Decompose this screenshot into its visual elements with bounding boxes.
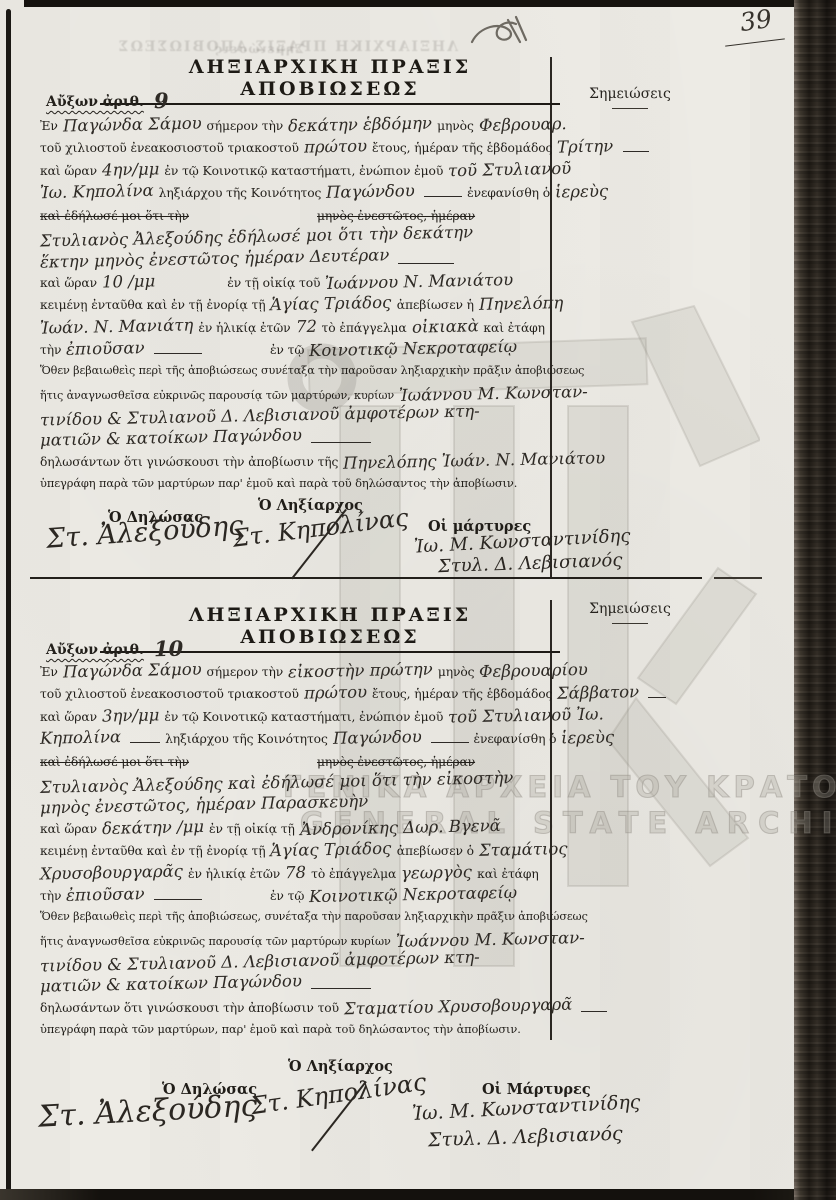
form-line: ἥτις ἀναγνωσθεῖσα εὐκρινῶς παρουσίᾳ τῶν …	[40, 929, 570, 951]
handwritten-text: Κοινοτικῷ Νεκροταφείῳ	[309, 882, 518, 909]
bleed-through-notes: Σημειώσεις	[214, 42, 304, 56]
ink-tail-stroke	[424, 187, 462, 197]
printed-text: τοῦ χιλιοστοῦ ἐνεακοσιοστοῦ τριακοστοῦ	[40, 141, 299, 155]
handwritten-text: Σταμάτιος	[479, 838, 568, 862]
handwritten-text: Κηπολίνα	[40, 726, 122, 750]
printed-text: τὴν	[40, 889, 61, 903]
form-line: μηνὸς ἐνεστῶτος, ἡμέραν Παρασκευὴν	[40, 794, 570, 816]
handwritten-text: Παγώνδα Σάμου	[63, 113, 202, 138]
handwritten-text: πρώτου	[304, 136, 368, 160]
printed-text: ἐνεφανίσθη ὁ	[467, 186, 550, 200]
printed-text: καὶ ὥραν	[40, 276, 97, 290]
handwritten-text: Παγώνδου	[326, 180, 415, 204]
printed-text: ἀπεβίωσεν ὁ	[397, 844, 474, 858]
form-line: Ὅθεν βεβαιωθεὶς περὶ τῆς ἀποβιώσεως συνέ…	[40, 360, 570, 382]
notes-column-header-2: Σημειώσεις	[570, 601, 690, 617]
act-body-1: ἘνΠαγώνδα Σάμουσήμερον τὴνδεκάτην ἑβδόμη…	[40, 114, 570, 495]
printed-text: ὑπεγράφη παρὰ τῶν μαρτύρων παρ' ἐμοῦ καὶ…	[40, 476, 517, 490]
ink-tail-stroke	[623, 142, 649, 152]
form-line: ἕκτην μηνὸς ἐνεστῶτος ἡμέραν Δευτέραν	[40, 248, 570, 270]
printed-text: καὶ ὥραν	[40, 164, 97, 178]
ink-tail-stroke	[581, 1002, 607, 1012]
form-line: ἥτις ἀναγνωσθεῖσα εὐκρινῶς παρουσίᾳ τῶν …	[40, 383, 570, 405]
printed-text: δηλωσάντων ὅτι γινώσκουσι τὴν ἀποβίωσιν …	[40, 455, 338, 469]
handwritten-text: Ἰω. Κηπολίνα	[40, 180, 154, 205]
form-line: Χρυσοβουργαρᾶςἐν ἡλικίᾳ ἐτῶν78τὸ ἐπάγγελ…	[40, 862, 570, 884]
handwritten-text: Φεβρουαρίου	[479, 659, 588, 684]
handwritten-text: Ἰωάννου Ν. Μανιάτου	[325, 269, 514, 295]
ink-tail-stroke	[154, 890, 202, 900]
printed-text: κειμένῃ ἐνταῦθα καὶ ἐν τῇ ἐνορίᾳ τῇ	[40, 298, 265, 312]
witness-signature-2a: Ἰω. Μ. Κωνσταντινίδης	[412, 1091, 641, 1125]
ink-tail-stroke	[398, 254, 454, 264]
book-binding-texture	[794, 0, 836, 1200]
form-line: καὶ ὥραν10 /μμἐν τῇ οἰκίᾳ τοῦἸωάννου Ν. …	[40, 271, 570, 293]
printed-text: κειμένῃ ἐνταῦθα καὶ ἐν τῇ ἐνορίᾳ τῇ	[40, 844, 265, 858]
form-line: τοῦ χιλιοστοῦ ἐνεακοσιοστοῦ τριακοστοῦπρ…	[40, 682, 570, 704]
printed-text: ὑπεγράφη παρὰ τῶν μαρτύρων, παρ' ἐμοῦ κα…	[40, 1022, 521, 1036]
form-line: Ὅθεν βεβαιωθεὶς περὶ τῆς ἀποβιώσεως, συν…	[40, 906, 570, 928]
form-line: Κηπολίναληξιάρχου τῆς ΚοινότητοςΠαγώνδου…	[40, 727, 570, 749]
registrar-signature-2: Στ. Κηπολίνας	[249, 1068, 428, 1120]
serial-number-1: 9	[154, 88, 169, 113]
printed-text: ἐν ἡλικίᾳ ἐτῶν	[188, 867, 280, 881]
handwritten-text: Κοινοτικῷ Νεκροταφείῳ	[309, 336, 518, 363]
form-line: ὑπεγράφη παρὰ τῶν μαρτύρων παρ' ἐμοῦ καὶ…	[40, 472, 570, 494]
notes-column-header-1: Σημειώσεις	[570, 86, 690, 102]
printed-text: ἐν τῷ Κοινοτικῷ καταστήματι, ἐνώπιον ἐμο…	[164, 164, 443, 178]
handwritten-text: γεωργὸς	[401, 861, 472, 885]
serial-label-1: Αὔξων ἀριθ.	[46, 94, 144, 110]
handwritten-text: ματιῶν & κατοίκων Παγώνδου	[40, 425, 302, 453]
scan-edge-bottom	[0, 1189, 836, 1200]
printed-text: τὴν	[40, 343, 61, 357]
printed-text: Ὅθεν βεβαιωθεὶς περὶ τῆς ἀποβιώσεως συνέ…	[40, 364, 584, 377]
handwritten-text: Χρυσοβουργαρᾶς	[40, 860, 183, 885]
printed-text: τοῦ χιλιοστοῦ ἐνεακοσιοστοῦ τριακοστοῦ	[40, 687, 299, 701]
printed-text-struck: μηνὸς ἐνεστῶτος, ἡμέραν	[317, 209, 475, 223]
serial-number-row-2: Αὔξων ἀριθ.10	[46, 636, 183, 661]
ink-tail-stroke	[431, 733, 469, 743]
notes-underline-1	[612, 108, 648, 109]
printed-text-struck: καὶ ἐδήλωσέ μοι ὅτι τὴν	[40, 209, 189, 223]
printed-text: ληξιάρχου τῆς Κοινότητος	[159, 186, 322, 200]
ink-tail-stroke	[311, 433, 371, 443]
handwritten-text: 72	[295, 315, 316, 338]
ink-tail-stroke	[648, 688, 666, 698]
handwritten-text: Σταματίου Χρυσοβουργαρᾶ	[344, 993, 573, 1020]
printed-text: ἐν ἡλικίᾳ ἐτῶν	[198, 321, 290, 335]
printed-text: ἐν τῇ οἰκίᾳ τῇ	[209, 822, 295, 836]
handwritten-text: εἰκοστὴν πρώτην	[288, 658, 433, 683]
act-body-2: ἘνΠαγώνδα Σάμουσήμερον τὴνεἰκοστὴν πρώτη…	[40, 660, 570, 1041]
printed-text: ἀπεβίωσεν ἡ	[397, 298, 474, 312]
printed-text: Ἐν	[40, 665, 58, 679]
scan-edge-left	[6, 9, 11, 1192]
form-line: δηλωσάντων ὅτι γινώσκουσι τὴν ἀποβίωσιν …	[40, 996, 570, 1018]
handwritten-text: Πηνελόπη	[479, 292, 564, 316]
section-divider-dash	[714, 577, 762, 579]
form-line: καὶ ὥραν4ην/μμἐν τῷ Κοινοτικῷ καταστήματ…	[40, 159, 570, 181]
form-line: καὶ ὥρανδεκάτην /μμἐν τῇ οἰκίᾳ τῇἈνδρονί…	[40, 817, 570, 839]
printed-text: καὶ ὥραν	[40, 822, 97, 836]
handwritten-text: 4ην/μμ	[102, 158, 160, 182]
form-line: καὶ ἐδήλωσέ μοι ὅτι τὴνμηνὸς ἐνεστῶτος, …	[40, 204, 570, 226]
notes-underline-2	[612, 623, 648, 624]
form-line: τινίδου & Στυλιανοῦ Δ. Λεβισιανοῦ ἀμφοτέ…	[40, 951, 570, 973]
act-title-1: ΛΗΞΙΑΡΧΙΚΗ ΠΡΑΞΙΣ ΑΠΟΒΙΩΣΕΩΣ	[100, 56, 560, 105]
serial-label-2: Αὔξων ἀριθ.	[46, 642, 144, 658]
form-line: κειμένῃ ἐνταῦθα καὶ ἐν τῇ ἐνορίᾳ τῇἉγίας…	[40, 293, 570, 315]
handwritten-text: Σάββατον	[557, 682, 640, 706]
form-line: Στυλιανὸς Ἀλεξούδης ἐδήλωσέ μοι ὅτι τὴν …	[40, 226, 570, 248]
handwritten-text: Πηνελόπης Ἰωάν. Ν. Μανιάτου	[343, 447, 606, 475]
serial-number-row-1: Αὔξων ἀριθ.9	[46, 88, 168, 113]
handwritten-text: ἱερεὺς	[561, 727, 615, 751]
printed-text: μηνὸς	[438, 665, 475, 679]
page-number-underline	[725, 38, 785, 46]
handwritten-text: ἐπιοῦσαν	[66, 883, 145, 907]
handwritten-text: Ἰωάν. Ν. Μανιάτη	[40, 314, 194, 340]
handwritten-text: Τρίτην	[557, 136, 614, 160]
form-line: ματιῶν & κατοίκων Παγώνδου	[40, 427, 570, 449]
handwritten-text: ἱερεὺς	[555, 181, 609, 205]
registrar-label-2: Ὁ Ληξίαρχος	[288, 1058, 393, 1075]
declarant-signature-1: Στ. Ἀλεξούδης	[45, 510, 244, 555]
printed-text: ἔτους, ἡμέραν τῆς ἑβδομάδος	[372, 687, 552, 701]
printed-text: ἐν τῷ	[270, 889, 304, 903]
handwritten-text: οἰκιακὰ	[411, 315, 478, 339]
handwritten-text: 78	[285, 861, 306, 884]
printed-text: δηλωσάντων ὅτι γινώσκουσι τὴν ἀποβίωσιν …	[40, 1001, 339, 1015]
form-line: τινίδου & Στυλιανοῦ Δ. Λεβισιανοῦ ἀμφοτέ…	[40, 405, 570, 427]
handwritten-text: δεκάτην /μμ	[102, 816, 204, 841]
ink-tail-stroke	[130, 733, 160, 743]
form-line: ὑπεγράφη παρὰ τῶν μαρτύρων, παρ' ἐμοῦ κα…	[40, 1018, 570, 1040]
serial-number-2: 10	[154, 636, 184, 662]
printed-text: καὶ ἐτάφη	[483, 321, 545, 335]
printed-text: μηνὸς	[437, 119, 474, 133]
handwritten-text: τοῦ Στυλιανοῦ	[448, 157, 572, 182]
printed-text: ἐν τῇ οἰκίᾳ τοῦ	[227, 276, 320, 290]
printed-text: ἥτις ἀναγνωσθεῖσα εὐκρινῶς παρουσίᾳ τῶν …	[40, 935, 391, 948]
ink-tail-stroke	[154, 344, 202, 354]
act-title-text-1: ΛΗΞΙΑΡΧΙΚΗ ΠΡΑΞΙΣ ΑΠΟΒΙΩΣΕΩΣ	[100, 56, 560, 105]
printed-text: ἐνεφανίσθη ὁ	[474, 732, 557, 746]
printed-text: καὶ ὥραν	[40, 710, 97, 724]
printed-text: τὸ ἐπάγγελμα	[311, 867, 396, 881]
printed-text: ἐν τῷ	[270, 343, 304, 357]
printed-text: σήμερον τὴν	[206, 665, 283, 679]
printed-text: Ἐν	[40, 119, 58, 133]
printed-text: ληξιάρχου τῆς Κοινότητος	[165, 732, 328, 746]
handwritten-text: ματιῶν & κατοίκων Παγώνδου	[40, 971, 302, 999]
handwritten-text: Ἁγίας Τριάδος	[270, 292, 392, 317]
handwritten-text: Παγώνδου	[333, 726, 422, 750]
printed-text: ἔτους, ἡμέραν τῆς ἑβδομάδος	[372, 141, 552, 155]
section-divider-line	[30, 577, 702, 579]
form-line: καὶ ὥραν3ην/μμἐν τῷ Κοινοτικῷ καταστήματ…	[40, 705, 570, 727]
handwritten-text: Ἀνδρονίκης Δωρ. Βγενᾶ	[300, 815, 501, 842]
form-line: Ἰω. Κηπολίναληξιάρχου τῆς ΚοινότητοςΠαγώ…	[40, 181, 570, 203]
printed-text: ἥτις ἀναγνωσθεῖσα εὐκρινῶς παρουσίᾳ τῶν …	[40, 389, 394, 402]
form-line: ματιῶν & κατοίκων Παγώνδου	[40, 973, 570, 995]
printed-text: τὸ ἐπάγγελμα	[322, 321, 407, 335]
printed-text: Ὅθεν βεβαιωθεὶς περὶ τῆς ἀποβιώσεως, συν…	[40, 910, 588, 923]
handwritten-text: 10 /μμ	[102, 270, 156, 294]
handwritten-text: 3ην/μμ	[102, 704, 160, 728]
form-line: τοῦ χιλιοστοῦ ἐνεακοσιοστοῦ τριακοστοῦπρ…	[40, 136, 570, 158]
printed-text: ἐν τῷ Κοινοτικῷ καταστήματι, ἐνώπιον ἐμο…	[164, 710, 443, 724]
handwritten-page-number: 39	[738, 4, 774, 37]
ink-flourish-mark	[468, 10, 532, 54]
form-line: κειμένῃ ἐνταῦθα καὶ ἐν τῇ ἐνορίᾳ τῇἉγίας…	[40, 839, 570, 861]
ink-tail-stroke	[311, 979, 371, 989]
printed-text: σήμερον τὴν	[206, 119, 283, 133]
handwritten-text: ἐπιοῦσαν	[66, 337, 145, 361]
printed-text-struck: καὶ ἐδήλωσέ μοι ὅτι τὴν	[40, 755, 189, 769]
form-line: ἘνΠαγώνδα Σάμουσήμερον τὴνεἰκοστὴν πρώτη…	[40, 660, 570, 682]
witness-signature-2b: Στυλ. Δ. Λεβισιανός	[428, 1123, 623, 1152]
form-line: Ἰωάν. Ν. Μανιάτηἐν ἡλικίᾳ ἐτῶν72τὸ ἐπάγγ…	[40, 316, 570, 338]
printed-text-struck: μηνὸς ἐνεστῶτος, ἡμέραν	[317, 755, 475, 769]
form-line: δηλωσάντων ὅτι γινώσκουσι τὴν ἀποβίωσιν …	[40, 450, 570, 472]
form-line: τὴνἐπιοῦσανἐν τῷΚοινοτικῷ Νεκροταφείῳ	[40, 884, 570, 906]
handwritten-text: δεκάτην ἑβδόμην	[288, 112, 432, 137]
handwritten-text: τοῦ Στυλιανοῦ Ἰω.	[448, 703, 604, 729]
declarant-signature-2: Στ. Ἀλεξούδης	[37, 1088, 258, 1134]
bleed-through-title: ΛΗΞΙΑΡΧΙΚΗ ΠΡΑΞΙΣ ΑΠΟΒΙΩΣΕΩΣ	[18, 39, 458, 55]
scan-edge-top	[24, 0, 836, 7]
form-line: τὴνἐπιοῦσανἐν τῷΚοινοτικῷ Νεκροταφείῳ	[40, 338, 570, 360]
handwritten-text: Παγώνδα Σάμου	[63, 659, 202, 684]
handwritten-text: Ἁγίας Τριάδος	[270, 838, 392, 863]
handwritten-text: Φεβρουαρ.	[479, 113, 567, 137]
printed-text: καὶ ἐτάφη	[477, 867, 539, 881]
scanned-register-page: ΓΕΝΙΚΑ ΑΡΧΕΙΑ ΤΟΥ ΚΡΑΤΟΥΣ GENERAL STATE …	[0, 0, 836, 1200]
form-line: ἘνΠαγώνδα Σάμουσήμερον τὴνδεκάτην ἑβδόμη…	[40, 114, 570, 136]
handwritten-text: πρώτου	[304, 682, 368, 706]
